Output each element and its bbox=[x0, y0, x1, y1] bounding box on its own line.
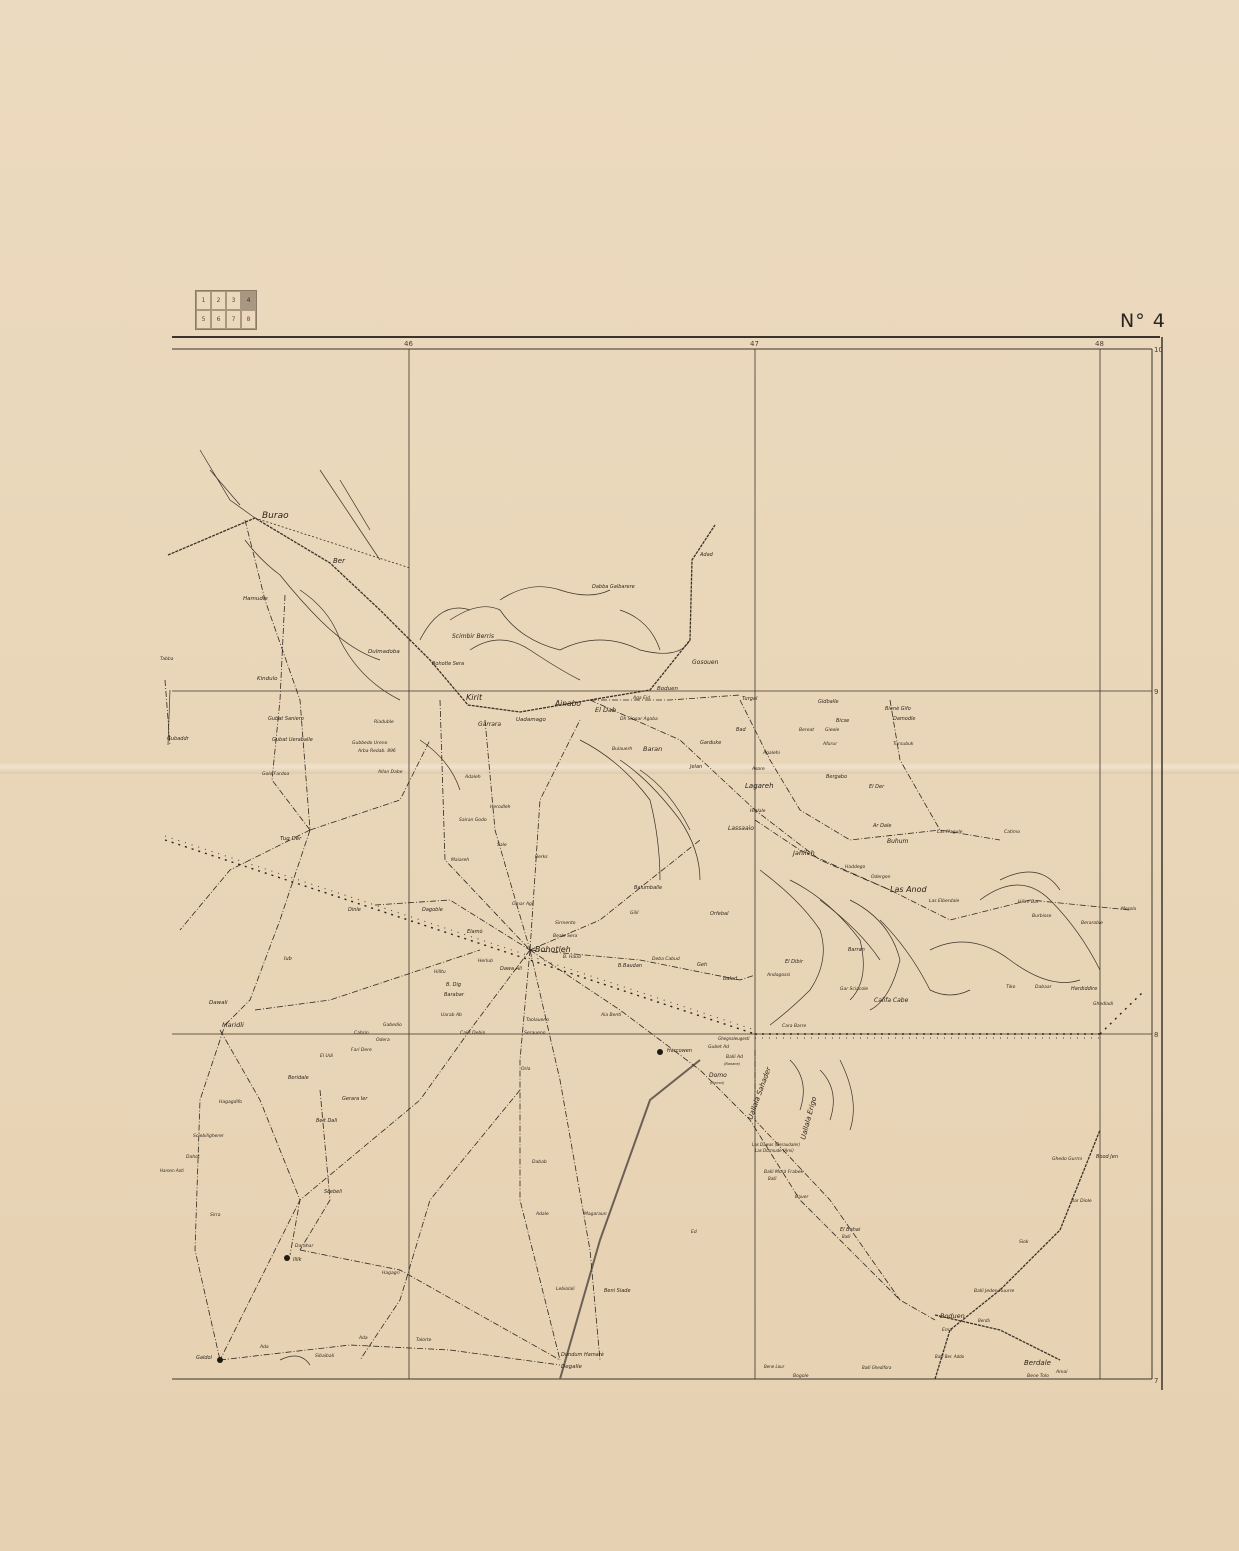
label-dinle: Dinle bbox=[348, 907, 361, 913]
label-burbisse: Burbisse bbox=[1032, 913, 1052, 919]
label-barran: Barran bbox=[848, 947, 865, 953]
label-tug-der: Tug Der bbox=[280, 836, 302, 842]
label-tabba: Tabba bbox=[160, 656, 174, 662]
label-gubaddr: Gubaddr bbox=[167, 736, 190, 742]
label-caiis-debin: Caiis Debin bbox=[460, 1030, 486, 1036]
label-sirra: Sirra bbox=[210, 1212, 221, 1218]
label-baran: Baran bbox=[643, 745, 662, 753]
label-b-baudan: B.Baudan bbox=[618, 963, 642, 969]
label-ainabo: Ainabo bbox=[554, 699, 581, 708]
label-b-dig: B. Dig bbox=[446, 982, 461, 988]
label-cahrin: Cahrin bbox=[354, 1030, 369, 1036]
label-gubbedo-ureno: Gubbedo Ureno bbox=[352, 740, 388, 746]
label-orla: Orla bbox=[521, 1066, 531, 1072]
label-sale: Sale bbox=[497, 842, 507, 848]
label-magaraun: Magaraun bbox=[584, 1211, 607, 1217]
label-kindulo: Kindulo bbox=[257, 676, 278, 682]
lat-8-label: 8 bbox=[1154, 1031, 1158, 1039]
label-darahar: Darahar bbox=[295, 1243, 314, 1249]
label-adale: Adale bbox=[535, 1211, 549, 1217]
label-harcowen: Harcowen bbox=[667, 1048, 692, 1054]
label-berda: Berdà bbox=[978, 1318, 990, 1323]
label-riaduble: Riaduble bbox=[374, 719, 394, 725]
label-ada: Ada bbox=[358, 1335, 368, 1341]
label-las-dormude: Las Dormude (Ami) bbox=[755, 1148, 794, 1153]
label-adad: Adad bbox=[699, 552, 714, 558]
label-tursubuk: Tursubuk bbox=[893, 741, 914, 747]
label-sciebiligherer: Sciebiligherer bbox=[193, 1133, 225, 1139]
lat-10-label: 10 bbox=[1154, 346, 1163, 354]
label-bene-lour: Bene Lour bbox=[764, 1364, 785, 1369]
label-talorte: Talorte bbox=[416, 1337, 432, 1343]
label-damodle: Damodle bbox=[893, 716, 915, 722]
label-lebiolali: Lebiolali bbox=[556, 1286, 575, 1292]
place-labels: Burao Ber Hamudle Kindulo Dulmadoba Boho… bbox=[160, 511, 1137, 1379]
label-beale-sera: Beale Sera bbox=[553, 933, 578, 939]
label-catimo: Catimo bbox=[1004, 829, 1020, 835]
label-ed: Ed bbox=[691, 1229, 697, 1235]
map-frame bbox=[172, 337, 1162, 1390]
label-maiareh: Maiareh bbox=[451, 857, 469, 863]
label-bauer: Bauer bbox=[795, 1194, 809, 1200]
label-beni-siade: Beni Siade bbox=[604, 1288, 631, 1294]
label-hardiddire: Hardiddire bbox=[1071, 986, 1097, 992]
label-balli-ghedifora: Balli Ghedifora bbox=[862, 1365, 892, 1370]
label-gerara-ier: Gerara Ier bbox=[342, 1096, 368, 1102]
label-hamudle: Hamudle bbox=[243, 596, 268, 602]
label-bulauerh: Bulauerh bbox=[612, 746, 632, 752]
lat-9-label: 9 bbox=[1154, 688, 1158, 696]
label-haronn-aoti: Haronn Aoti bbox=[160, 1168, 185, 1173]
label-balli-jeden-ruurre: Balli Jeden Ruurre bbox=[974, 1288, 1015, 1294]
label-balli-ad: Balli Ad bbox=[726, 1054, 743, 1060]
label-amai: Amai bbox=[1055, 1369, 1068, 1375]
label-bogole: Bogole bbox=[793, 1373, 809, 1379]
label-bene-tolo: Bene Tolo bbox=[1027, 1373, 1049, 1379]
label-las-elberdale: Las Elberdale bbox=[929, 898, 959, 904]
label-domo: Domo bbox=[709, 1072, 727, 1079]
label-buhum: Buhum bbox=[887, 838, 909, 845]
label-dagoble: Dagoble bbox=[422, 907, 443, 913]
label-gar-sciacole: Gar Sciacole bbox=[840, 986, 868, 992]
label-el-dab: El Dab bbox=[595, 706, 616, 714]
label-las-magule: Las Magule bbox=[937, 829, 963, 835]
label-las-dawas: Las Dawas (Deraudaler) bbox=[752, 1142, 801, 1147]
label-ghegnaleugesti: Ghegnaleugesti bbox=[718, 1036, 750, 1041]
label-dabaar: Dabaar bbox=[1035, 984, 1053, 990]
label-gabedio: Gabedio bbox=[383, 1022, 402, 1028]
label-bicse: Bicse bbox=[836, 718, 849, 724]
label-golo-fardoa: Golo Fardoa bbox=[262, 771, 289, 777]
label-bereat: Bereat bbox=[799, 727, 814, 733]
label-scebeli: Scebeli bbox=[324, 1189, 343, 1195]
label-sairan-godo: Sairan Godo bbox=[459, 817, 487, 823]
label-b-haud: B. Haud bbox=[563, 954, 581, 960]
label-aga-eid: Aga Eid bbox=[632, 695, 650, 701]
label-balli-mora-frabak: Balli Morà Frabek bbox=[764, 1168, 804, 1175]
label-fari-dere: Fari Dere bbox=[351, 1047, 372, 1053]
label-ghedo-gurmi: Ghedo Gurmi bbox=[1052, 1156, 1083, 1162]
label-adaleh: Adaleh bbox=[464, 774, 481, 780]
label-beridale: Beridale bbox=[288, 1075, 309, 1081]
label-higlale: Higlale bbox=[750, 808, 766, 814]
label-ghedladi: Ghedladi bbox=[1093, 1001, 1114, 1007]
label-califa-cabe: Califa Cabe bbox=[874, 997, 909, 1004]
label-siogar-agaba: Dh Siogar Agaba bbox=[620, 716, 658, 722]
label-barabar: Barabar bbox=[444, 992, 465, 998]
label-gosouen: Gosouen bbox=[692, 659, 719, 666]
label-aia-benti: Aia Benti bbox=[600, 1012, 622, 1018]
label-omar-agi: Omar Agi bbox=[512, 901, 534, 907]
label-balumballe: Balumballe bbox=[634, 885, 662, 891]
label-el-udi: El Udi bbox=[320, 1053, 334, 1059]
label-gubet-ad: Gubet Ad bbox=[708, 1044, 729, 1050]
label-maridli: Maridli bbox=[222, 1021, 244, 1029]
label-bad: Bad bbox=[736, 727, 746, 733]
label-lagareh: Lagareh bbox=[745, 782, 774, 790]
label-dabba-galbarere: Dabba Galbarere bbox=[592, 584, 635, 590]
label-el-bahai: El Bahai bbox=[840, 1227, 861, 1233]
map-canvas: 46 47 48 10 9 8 7 bbox=[0, 0, 1239, 1551]
label-uarab-ab: Uarab Ab bbox=[441, 1012, 462, 1018]
label-boduen-north: Boduen bbox=[657, 686, 678, 692]
label-uallala-sahader: Uallala Sahader bbox=[746, 1065, 773, 1121]
label-el-der: El Der bbox=[869, 784, 885, 790]
label-ber: Ber bbox=[333, 557, 346, 565]
label-arba-redab: Arba Redab. 896 bbox=[357, 748, 396, 754]
label-taolaueno: Taolaueno bbox=[526, 1017, 549, 1023]
label-garrara: Garrara bbox=[478, 721, 501, 728]
label-odera: Odera bbox=[376, 1037, 390, 1043]
label-jelan: Jelan bbox=[689, 764, 702, 770]
label-tiko: Tiko bbox=[1006, 984, 1016, 990]
label-sirmento: Sirmento bbox=[555, 920, 576, 926]
harcowen-marker bbox=[657, 1049, 663, 1055]
label-bood-jen: Bood Jen bbox=[1096, 1154, 1118, 1160]
label-hagagdifo: Hagagdifo bbox=[219, 1099, 242, 1105]
label-odergen: Odergen bbox=[871, 874, 891, 880]
label-bohotleh: Bohotleh bbox=[535, 945, 571, 954]
label-gubat-ueraballe: Gubat Ueraballe bbox=[272, 737, 313, 743]
lat-7-label: 7 bbox=[1154, 1377, 1158, 1385]
galdol-marker bbox=[217, 1357, 223, 1363]
label-herodleh: Herodleh bbox=[490, 804, 511, 810]
label-afurur: Afurur bbox=[822, 741, 838, 747]
label-hilim-bar: Hilim Bar bbox=[1018, 899, 1040, 905]
illik-marker bbox=[284, 1255, 290, 1261]
label-balli-2: Balli bbox=[842, 1234, 851, 1239]
label-burao: Burao bbox=[262, 511, 289, 521]
label-orfebal: Orfebal bbox=[710, 911, 729, 917]
label-beraroble: Beraroble bbox=[1081, 920, 1103, 926]
label-illik: Illik bbox=[293, 1257, 303, 1263]
label-turgal: Turgal bbox=[742, 696, 758, 702]
label-iub: Iub bbox=[284, 956, 292, 962]
label-balli-ad-sub: (Banane) bbox=[724, 1062, 741, 1066]
label-herlub: Herlub bbox=[478, 958, 493, 964]
label-bar-diole: Bar Diole bbox=[1071, 1198, 1092, 1204]
label-jahileh: Jahileh bbox=[791, 849, 815, 857]
label-elamo: Elamò bbox=[467, 928, 483, 935]
label-balad: Balad bbox=[723, 976, 738, 982]
label-balli-1: Balli bbox=[768, 1176, 777, 1181]
label-dawa-ali: Dawa Ali bbox=[500, 966, 522, 972]
label-dundum-hamare: Dundum Hamarè bbox=[561, 1351, 604, 1358]
label-gubat-saniero: Gubat Saniero bbox=[268, 716, 304, 722]
label-dawali: Dawali bbox=[209, 1000, 228, 1006]
label-hagagri: Hagagri bbox=[382, 1270, 400, 1276]
label-boduen-south: Boduen bbox=[940, 1312, 965, 1320]
settlement-markers bbox=[217, 1049, 663, 1363]
label-siok: Siok bbox=[1019, 1239, 1029, 1245]
label-merolo: Merolo bbox=[1121, 906, 1137, 912]
label-bergabo: Bergabo bbox=[826, 774, 847, 780]
label-beit-dali: Beit Dali bbox=[316, 1118, 338, 1124]
label-dabab: Dabab bbox=[532, 1159, 547, 1165]
lon-47-label: 47 bbox=[750, 340, 759, 348]
label-dulmadoba: Dulmadoba bbox=[368, 649, 400, 655]
label-gieole: Gieole bbox=[825, 727, 840, 733]
label-biene-gifo: Bienè Gifo bbox=[885, 705, 911, 712]
label-agalehi: Agalehi bbox=[762, 750, 781, 756]
label-domo-sub: (Domoi) bbox=[710, 1081, 725, 1085]
label-berks: Berks bbox=[535, 854, 548, 860]
label-gidballe: Gidballe bbox=[818, 699, 839, 705]
label-cara-barre: Cara Barre bbox=[782, 1023, 806, 1029]
label-hilltu: Hilltu bbox=[434, 969, 446, 975]
label-lassaaio: Lassaaio bbox=[728, 825, 754, 832]
label-degalle: Degalle bbox=[561, 1364, 583, 1370]
label-dahot: Dahot bbox=[186, 1154, 200, 1160]
label-sibaibali: Sibaibali bbox=[315, 1353, 335, 1359]
label-ada-west: Ada bbox=[259, 1344, 269, 1350]
label-kirit: Kirit bbox=[466, 693, 483, 702]
label-scimbir-berris: Scimbir Berris bbox=[452, 633, 494, 640]
label-el-dibir: El Dibir bbox=[785, 959, 804, 965]
boundary-line bbox=[165, 840, 1145, 1034]
label-andagossi: Andagossi bbox=[766, 972, 791, 978]
label-uadamago: Uadamago bbox=[516, 717, 546, 723]
label-seraueno: Seraueno bbox=[524, 1030, 546, 1036]
label-asore: Asore bbox=[751, 766, 765, 772]
tracks bbox=[165, 520, 1130, 1365]
label-bohotle-sera: Bohotle Sera bbox=[432, 661, 464, 667]
label-allan-dabe: Allan Dabe bbox=[377, 769, 403, 775]
label-balli-ber-addo: Balli Ber. Addo bbox=[935, 1354, 965, 1359]
label-geh: Geh bbox=[697, 962, 707, 968]
label-gilil: Gilil bbox=[630, 910, 639, 916]
label-haddego: Haddego bbox=[845, 864, 865, 870]
label-garduke: Garduke bbox=[700, 740, 721, 746]
label-las-anod: Las Anod bbox=[890, 885, 928, 894]
label-ema: Ema bbox=[942, 1327, 952, 1333]
label-deba-cabud: Deba Cabud bbox=[652, 956, 680, 962]
label-berdale: Berdale bbox=[1024, 1359, 1051, 1367]
label-galdol: Galdol bbox=[196, 1355, 213, 1361]
lon-46-label: 46 bbox=[404, 340, 413, 348]
label-ar-dale: Ar Dale bbox=[872, 823, 891, 829]
lon-48-label: 48 bbox=[1095, 340, 1104, 348]
